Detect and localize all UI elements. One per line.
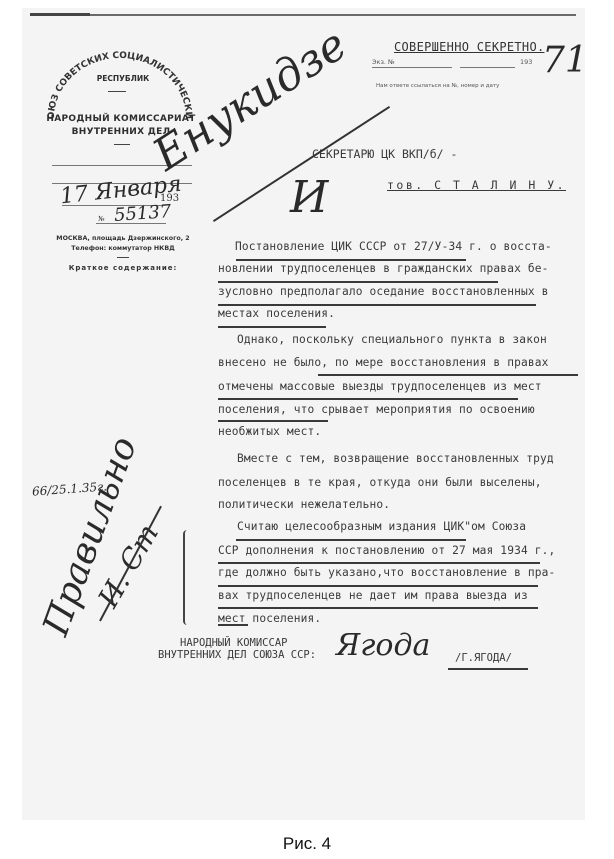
addressee-position: СЕКРЕТАРЮ ЦК ВКП/б/ - [312, 147, 457, 161]
body-line: Вместе с тем, возвращение восстановленны… [237, 452, 554, 465]
signature-name: /Г.ЯГОДА/ [455, 652, 512, 664]
pencil-underline [218, 304, 536, 306]
top-border-line [30, 14, 576, 16]
body-line: отмечены массовые выезды трудпоселенцев … [218, 380, 542, 393]
body-line: где должно быть указано,что восстановлен… [218, 566, 555, 579]
copy-field-label: Экз. № [372, 58, 395, 66]
body-line: поселения, что срывает мероприятия по ос… [218, 403, 535, 416]
pencil-underline [218, 281, 498, 283]
letterhead-address: МОСКВА, площадь Дзержинского, 2 [48, 235, 198, 242]
signature-title-line2: ВНУТРЕННИХ ДЕЛ СОЮЗА ССР: [158, 649, 316, 661]
letterhead-respublik: РЕСПУБЛИК [88, 74, 158, 83]
outgoing-number-handwritten: 55137 [113, 201, 172, 226]
body-line: Постановление ЦИК СССР от 27/У-34 г. о в… [235, 240, 552, 253]
letterhead-phone: Телефон: коммутатор НКВД [48, 245, 198, 252]
letterhead-summary-label: Краткое содержание: [48, 264, 198, 272]
classification-stamp: СОВЕРШЕННО СЕКРЕТНО. [394, 40, 545, 54]
signature-underline [448, 668, 528, 670]
pencil-underline [218, 562, 540, 564]
body-line: Считаю целесообразным издания ЦИК"ом Сою… [237, 520, 526, 533]
resolution-top-initial: И [290, 172, 328, 223]
body-line: политически нежелательно. [218, 498, 390, 511]
pencil-underline [218, 585, 538, 587]
body-line: внесено не было, по мере восстановления … [218, 356, 549, 369]
figure-caption: Рис. 4 [0, 834, 614, 854]
letterhead-divider [114, 144, 130, 145]
pencil-underline [218, 398, 518, 400]
pencil-underline [236, 259, 466, 261]
pencil-underline [218, 624, 248, 626]
body-line: новлении трудпоселенцев в гражданских пр… [218, 262, 549, 275]
body-line: ССР дополнения к постановлению от 27 мая… [218, 544, 555, 557]
body-line: необжитых мест. [218, 425, 321, 438]
pencil-underline [218, 326, 326, 328]
year-field-line [460, 67, 515, 68]
number-prefix: № [98, 215, 105, 223]
pencil-underline [218, 607, 538, 609]
letterhead-divider [108, 91, 126, 92]
body-line: поселенцев в те края, откуда они были вы… [218, 476, 542, 489]
pencil-underline [318, 374, 578, 376]
pencil-underline [236, 539, 466, 541]
signature-title-line1: НАРОДНЫЙ КОМИССАР [180, 637, 287, 649]
body-line: Однако, поскольку специального пункта в … [237, 333, 547, 346]
addressee-name: тов. С Т А Л И Н У. [387, 178, 566, 192]
signature-handwritten: Ягода [336, 628, 430, 663]
margin-bracket [183, 530, 191, 625]
top-border-line-thick [30, 13, 90, 16]
copy-note: Нам ответе ссылаться на №, номер и дату [376, 83, 499, 89]
copy-field-line [372, 67, 452, 68]
page-number-handwritten: 71 [542, 40, 588, 81]
body-line: вах трудпоселенцев не дает им права выез… [218, 589, 528, 602]
body-line: местах поселения. [218, 307, 335, 320]
body-line: зусловно предполагало оседание восстанов… [218, 285, 549, 298]
pencil-underline [218, 420, 328, 422]
letterhead-divider [117, 257, 129, 258]
year-field-label: 193 [520, 58, 532, 66]
